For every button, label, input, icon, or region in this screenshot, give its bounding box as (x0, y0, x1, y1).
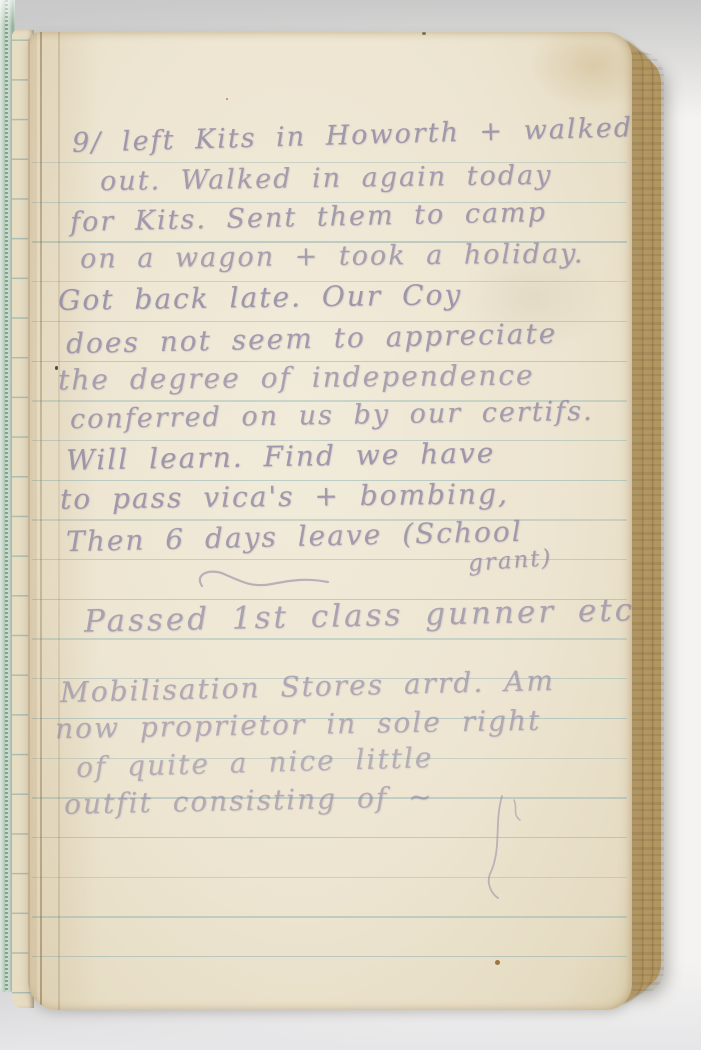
handwriting-line-14: Mobilisation Stores arrd. Am (60, 664, 556, 709)
handwriting-line-9: Will learn. Find we have (66, 436, 496, 476)
paper-fleck (226, 98, 228, 100)
paper-fleck (422, 32, 426, 35)
rule-line (32, 916, 627, 917)
rule-line (32, 837, 627, 838)
rule-line (32, 877, 627, 878)
handwriting-line-7: the degree of independence (58, 359, 535, 397)
photographed-notebook-scene: 9/ left Kits in Howorth + walkedout. Wal… (0, 0, 701, 1050)
handwriting-line-2: out. Walked in again today (100, 160, 553, 197)
gutter-crease (58, 32, 60, 1010)
handwriting-line-10: to pass vica's + bombing, (60, 477, 509, 515)
handwriting-line-15: now proprietor in sole right (55, 704, 542, 745)
handwriting-line-11: Then 6 days leave (School (66, 515, 523, 558)
handwriting-line-5: Got back late. Our Coy (58, 278, 463, 317)
handwriting-line-17: outfit consisting of ~ (64, 780, 434, 821)
paper-fleck (495, 960, 500, 965)
notebook-page: 9/ left Kits in Howorth + walkedout. Wal… (28, 32, 632, 1010)
gutter-crease (40, 32, 42, 1010)
handwriting-line-6: does not seem to appreciate (66, 317, 558, 360)
paper-stain (528, 32, 632, 110)
handwriting-line-12: grant) (467, 545, 553, 577)
pencil-descender-stroke (468, 794, 528, 904)
handwriting-line-8: conferred on us by our certifs. (70, 396, 594, 435)
handwriting-line-1: 9/ left Kits in Howorth + walked (72, 112, 632, 159)
handwriting-line-16: of quite a nice little (76, 741, 434, 784)
page-stack-edge-texture (628, 52, 664, 994)
rule-line (32, 956, 627, 957)
handwriting-line-3: for Kits. Sent them to camp (70, 197, 547, 238)
handwriting-line-4: on a wagon + took a holiday. (80, 238, 585, 274)
pencil-flourish (188, 564, 338, 598)
